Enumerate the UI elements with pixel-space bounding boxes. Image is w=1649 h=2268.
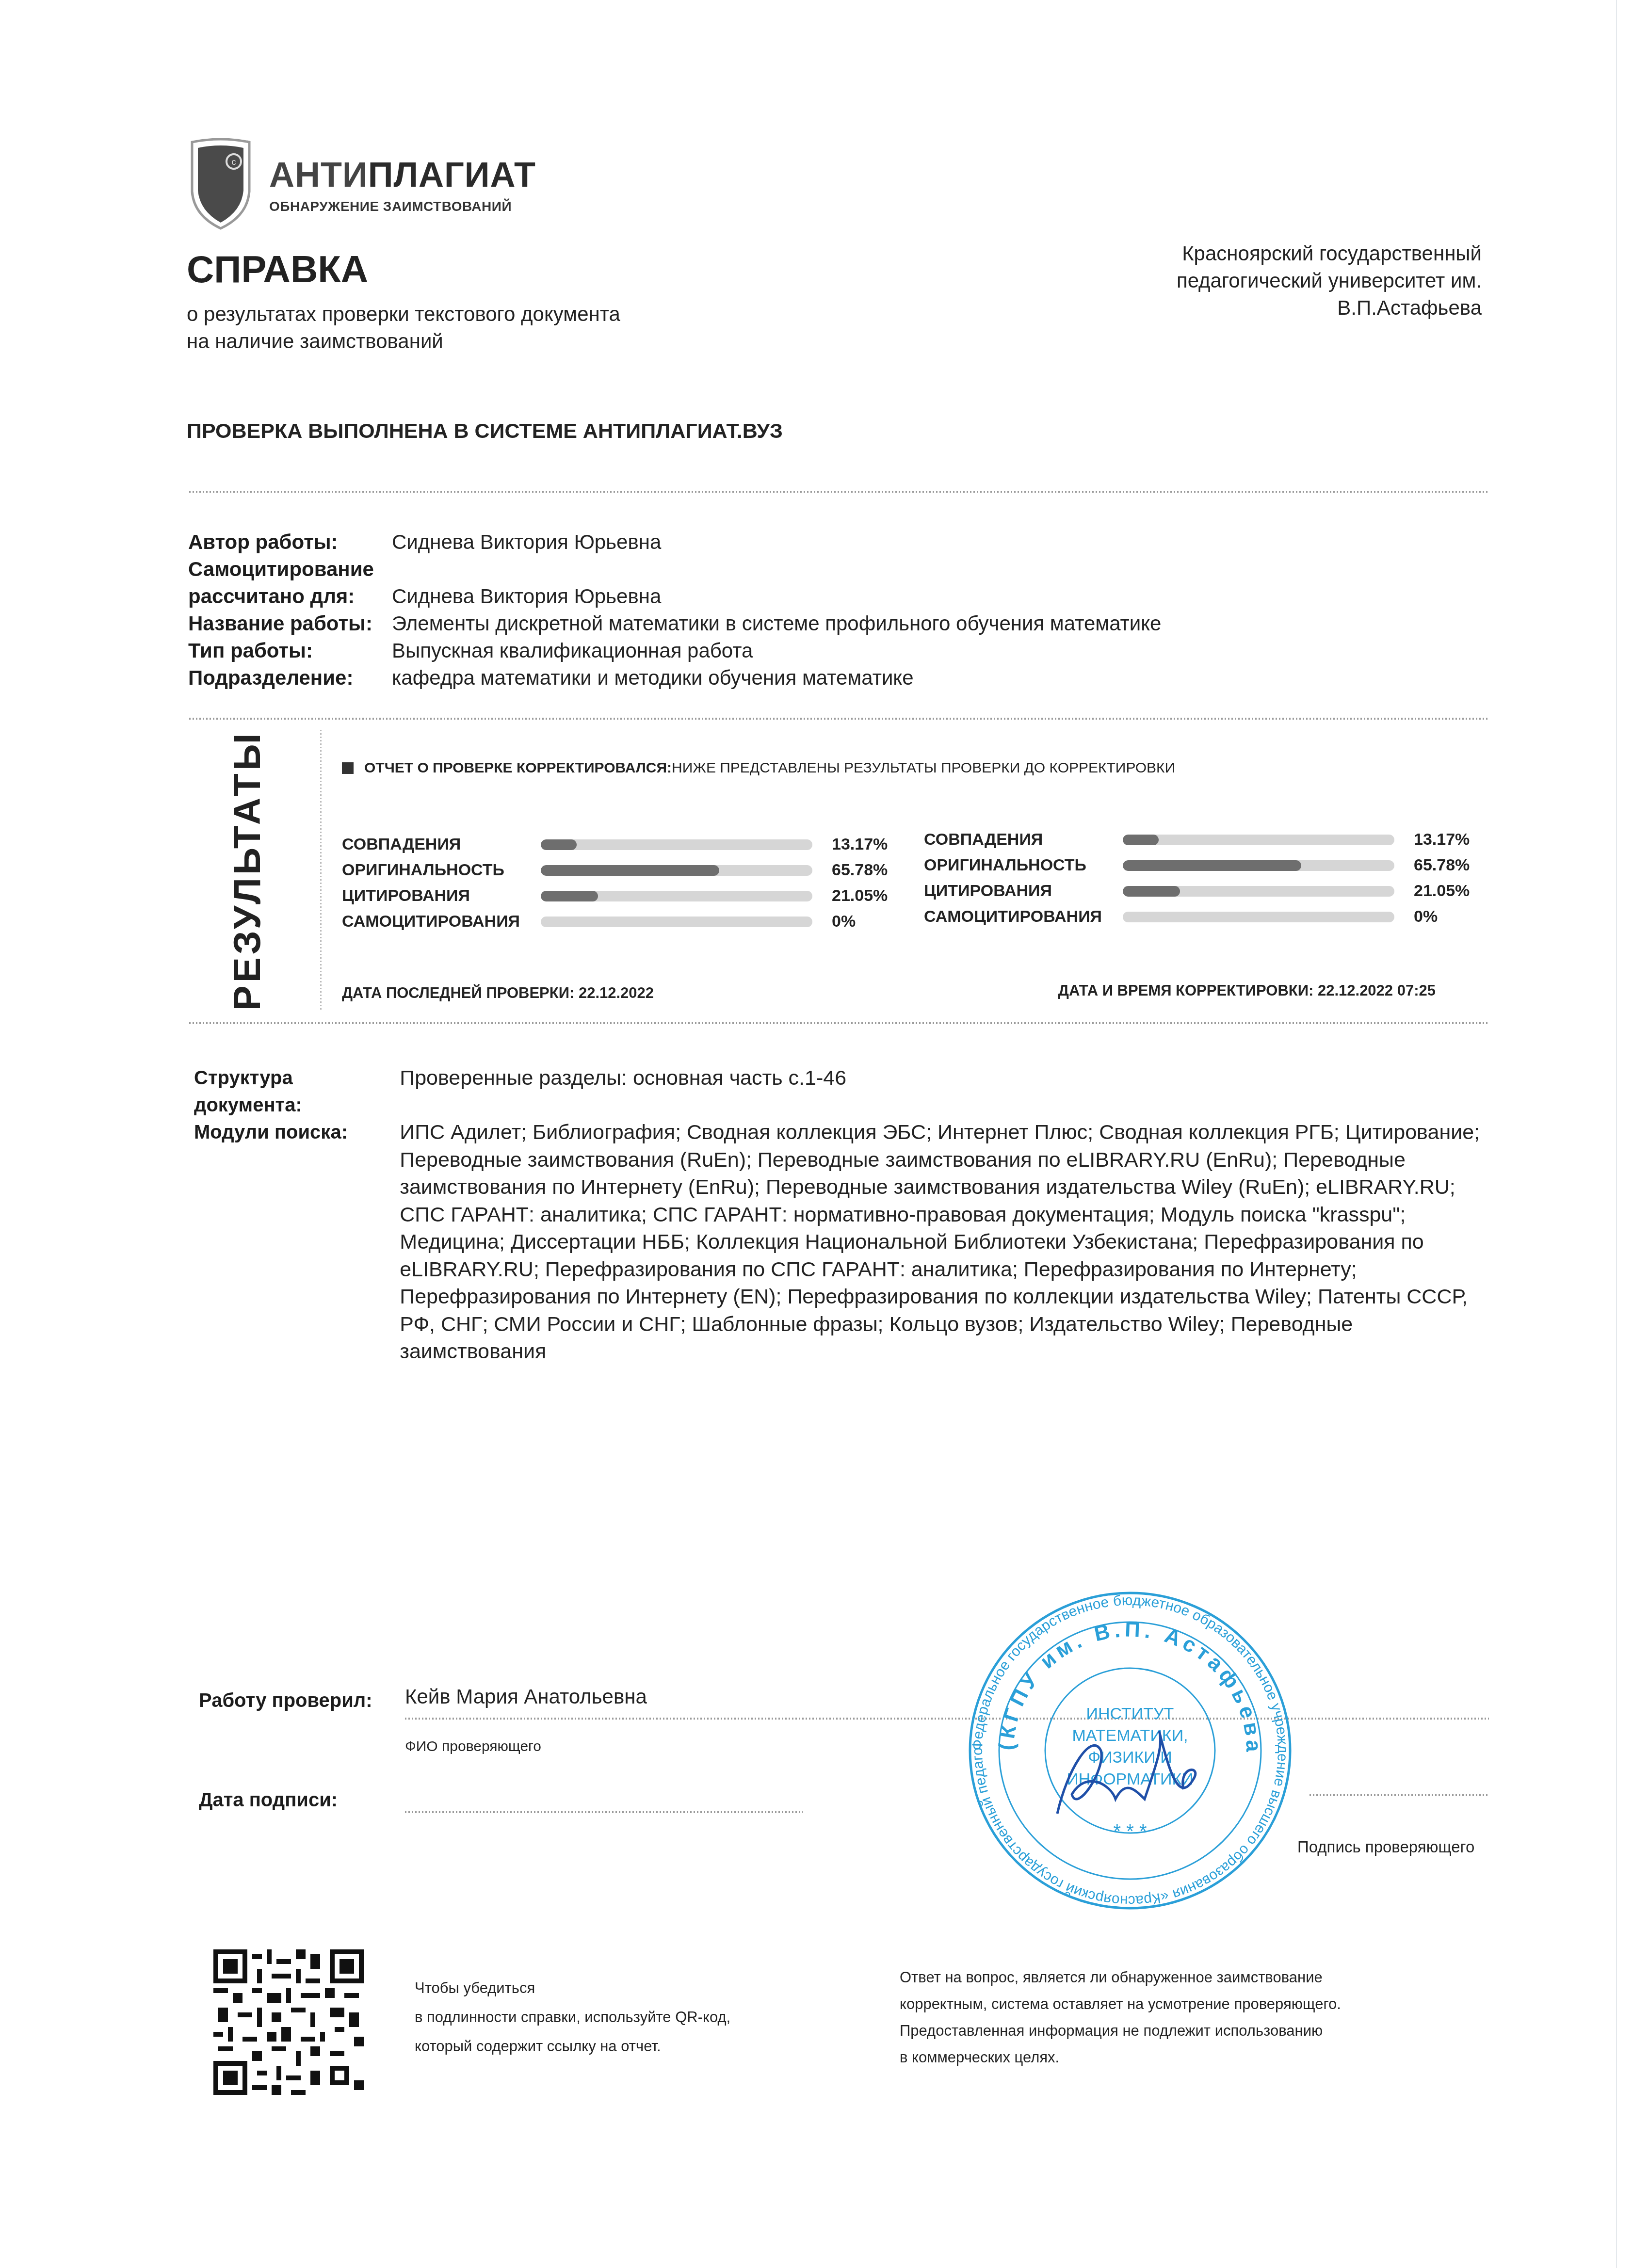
results-separator bbox=[320, 730, 322, 1011]
results-title: РЕЗУЛЬТАТЫ bbox=[192, 720, 303, 1021]
stats-before: СОВПАДЕНИЯ 13.17% ОРИГИНАЛЬНОСТЬ 65.78% … bbox=[342, 832, 924, 934]
progress-bar bbox=[1123, 886, 1394, 897]
progress-bar bbox=[1123, 860, 1394, 871]
checked-sections: Проверенные разделы: основная часть с.1-… bbox=[400, 1064, 1503, 1119]
divider bbox=[189, 718, 1489, 720]
stat-matches: СОВПАДЕНИЯ 13.17% bbox=[924, 827, 1506, 853]
type-row: Тип работы: Выпускная квалификационная р… bbox=[188, 637, 1498, 664]
qr-instructions: Чтобы убедиться в подлинности справки, и… bbox=[415, 1974, 730, 2061]
progress-bar bbox=[541, 891, 812, 901]
department-value: кафедра математики и методики обучения м… bbox=[392, 664, 914, 692]
divider bbox=[189, 1022, 1489, 1024]
search-modules: ИПС Адилет; Библиография; Сводная коллек… bbox=[400, 1119, 1503, 1366]
checker-caption: ФИО проверяющего bbox=[405, 1738, 541, 1755]
name-line bbox=[405, 1718, 1489, 1720]
svg-text:МАТЕМАТИКИ,: МАТЕМАТИКИ, bbox=[1072, 1726, 1188, 1745]
progress-bar bbox=[1123, 912, 1394, 922]
university-stamp: Федеральное государственное бюджетное об… bbox=[951, 1586, 1309, 1915]
correction-date: ДАТА И ВРЕМЯ КОРРЕКТИРОВКИ: 22.12.2022 0… bbox=[1058, 982, 1436, 999]
scan-page-edge bbox=[1616, 0, 1617, 2268]
title-row: Название работы: Элементы дискретной мат… bbox=[188, 610, 1498, 637]
department-row: Подразделение: кафедра математики и мето… bbox=[188, 664, 1498, 692]
svg-text:* * *: * * * bbox=[1114, 1821, 1147, 1842]
correction-notice: ОТЧЕТ О ПРОВЕРКЕ КОРРЕКТИРОВАЛСЯ: НИЖЕ П… bbox=[342, 760, 1175, 776]
results-panel: РЕЗУЛЬТАТЫ ОТЧЕТ О ПРОВЕРКЕ КОРРЕКТИРОВА… bbox=[192, 720, 1482, 1021]
author-row: Автор работы: Сиднева Виктория Юрьевна bbox=[188, 529, 1498, 556]
stat-self-citations: САМОЦИТИРОВАНИЯ 0% bbox=[924, 904, 1506, 930]
stat-originality: ОРИГИНАЛЬНОСТЬ 65.78% bbox=[342, 857, 924, 883]
antiplagiat-logo: c АНТИПЛАГИАТ ОБНАРУЖЕНИЕ ЗАИМСТВОВАНИЙ bbox=[189, 138, 529, 230]
qr-code[interactable] bbox=[213, 1949, 364, 2095]
square-bullet-icon bbox=[342, 762, 354, 774]
work-title-value: Элементы дискретной математики в системе… bbox=[392, 610, 1161, 637]
checker-name: Кейв Мария Анатольевна bbox=[405, 1685, 647, 1708]
progress-bar bbox=[541, 839, 812, 850]
stat-citations: ЦИТИРОВАНИЯ 21.05% bbox=[924, 878, 1506, 904]
document-structure: Структура документа: Проверенные разделы… bbox=[194, 1064, 1503, 1366]
stat-originality: ОРИГИНАЛЬНОСТЬ 65.78% bbox=[924, 853, 1506, 878]
disclaimer: Ответ на вопрос, является ли обнаруженно… bbox=[900, 1964, 1341, 2071]
work-info: Автор работы: Сиднева Виктория Юрьевна С… bbox=[188, 529, 1498, 692]
stats-after: СОВПАДЕНИЯ 13.17% ОРИГИНАЛЬНОСТЬ 65.78% … bbox=[924, 827, 1506, 930]
progress-bar bbox=[541, 865, 812, 876]
date-line bbox=[405, 1811, 803, 1813]
checked-by-label: Работу проверил: bbox=[199, 1690, 372, 1712]
svg-text:c: c bbox=[232, 157, 236, 167]
divider bbox=[189, 491, 1489, 493]
signature-line bbox=[1309, 1794, 1489, 1796]
signature-caption: Подпись проверяющего bbox=[1297, 1838, 1474, 1856]
stat-citations: ЦИТИРОВАНИЯ 21.05% bbox=[342, 883, 924, 909]
selfcite-row: Самоцитирование рассчитано для: Сиднева … bbox=[188, 556, 1498, 610]
brand-name: АНТИПЛАГИАТ bbox=[269, 158, 536, 193]
svg-text:ИНСТИТУТ: ИНСТИТУТ bbox=[1086, 1705, 1174, 1723]
page-subtitle: о результатах проверки текстового докуме… bbox=[187, 301, 769, 355]
last-check-date: ДАТА ПОСЛЕДНЕЙ ПРОВЕРКИ: 22.12.2022 bbox=[342, 984, 654, 1002]
progress-bar bbox=[541, 917, 812, 927]
copyright-shield-icon: c bbox=[189, 138, 252, 230]
work-type-value: Выпускная квалификационная работа bbox=[392, 637, 753, 664]
selfcite-value: Сиднева Виктория Юрьевна bbox=[392, 556, 661, 610]
organization-name: Красноярский государственный педагогичес… bbox=[1045, 240, 1482, 322]
sign-date-label: Дата подписи: bbox=[199, 1789, 338, 1811]
author-value: Сиднева Виктория Юрьевна bbox=[392, 529, 661, 556]
system-heading: ПРОВЕРКА ВЫПОЛНЕНА В СИСТЕМЕ АНТИПЛАГИАТ… bbox=[187, 419, 783, 443]
stat-matches: СОВПАДЕНИЯ 13.17% bbox=[342, 832, 924, 857]
brand-tagline: ОБНАРУЖЕНИЕ ЗАИМСТВОВАНИЙ bbox=[269, 199, 512, 214]
page-title: СПРАВКА bbox=[187, 247, 368, 291]
stat-self-citations: САМОЦИТИРОВАНИЯ 0% bbox=[342, 909, 924, 934]
progress-bar bbox=[1123, 835, 1394, 845]
